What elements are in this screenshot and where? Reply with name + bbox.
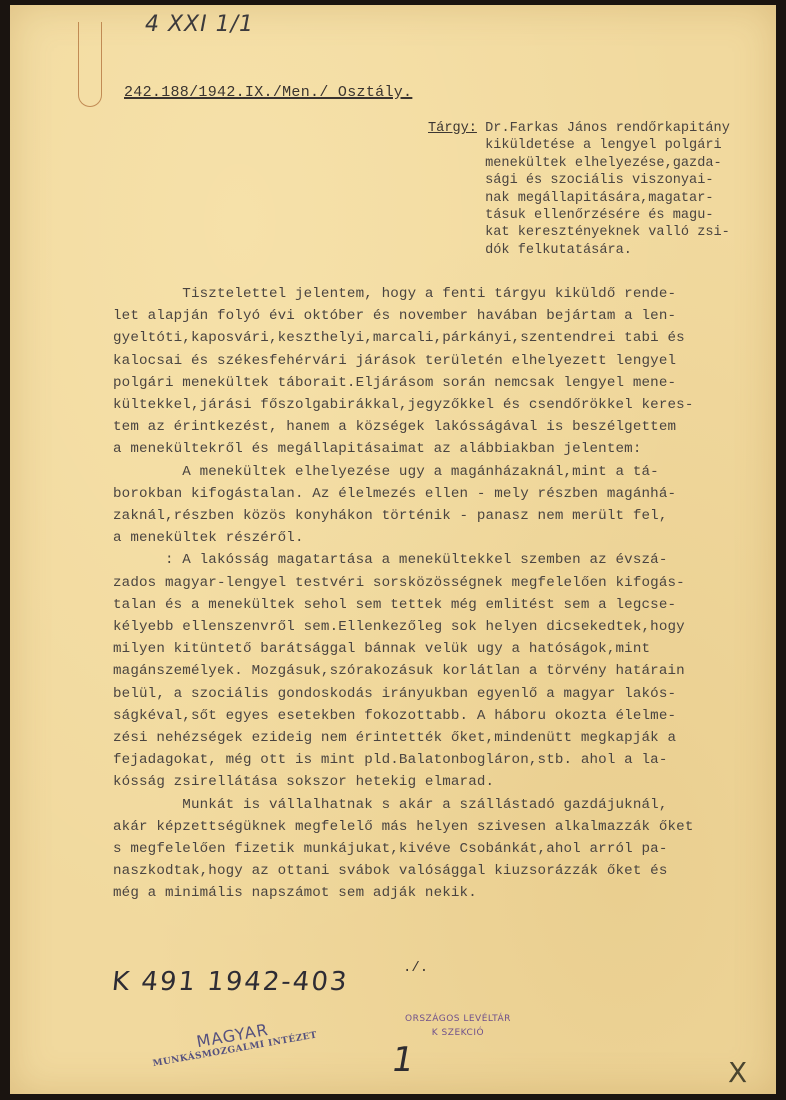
body-line: polgári menekültek táborait.Eljárásom so… — [113, 372, 786, 394]
body-line: ságkéval,sőt egyes esetekben fokozottabb… — [113, 705, 786, 727]
body-line: kélyebb ellenszenvről sem.Ellenkezőleg s… — [113, 616, 786, 638]
scan-border-top — [0, 0, 786, 5]
stamp-line: ORSZÁGOS LEVÉLTÁR — [405, 1014, 511, 1024]
body-line: talan és a menekültek sehol sem tettek m… — [113, 594, 786, 616]
body-line: zados magyar-lengyel testvéri sorsközöss… — [113, 572, 786, 594]
body-line: magánszemélyek. Mozgásuk,szórakozásuk ko… — [113, 660, 786, 682]
subject-label: Tárgy: — [428, 121, 477, 136]
body-line: Tisztelettel jelentem, hogy a fenti tárg… — [113, 283, 786, 305]
body-line: naszkodtak,hogy az ottani svábok valóság… — [113, 860, 786, 882]
subject-line: dók felkutatására. — [485, 243, 632, 258]
subject-line: Dr.Farkas János rendőrkapitány — [485, 121, 730, 136]
body-line: zési nehézségek ezideig nem érintették ő… — [113, 727, 786, 749]
paperclip-mark — [78, 22, 102, 107]
subject-line: nak megállapitására,magatar- — [485, 191, 713, 206]
archive-code: 4 XXI 1/1 — [145, 12, 254, 37]
subject-line: kat keresztényeknek valló zsi- — [485, 225, 730, 240]
subject-line: tásuk ellenőrzésére és magu- — [485, 208, 713, 223]
scan-border-bottom — [0, 1094, 786, 1100]
report-body: Tisztelettel jelentem, hogy a fenti tárg… — [113, 283, 786, 905]
archive-stamp: ORSZÁGOS LEVÉLTÁR K SZEKCIÓ — [405, 1014, 511, 1038]
body-line: zaknál,részben közös konyhákon történik … — [113, 505, 786, 527]
body-line: akár képzettségüknek megfelelő más helye… — [113, 816, 786, 838]
body-line: let alapján folyó évi október és novembe… — [113, 305, 786, 327]
body-line: belül, a szociális gondoskodás irányukba… — [113, 683, 786, 705]
body-line: A menekültek elhelyezése ugy a magánháza… — [113, 461, 786, 483]
body-line: még a minimális napszámot sem adják neki… — [113, 882, 786, 904]
body-line: : A lakósság magatartása a menekültekkel… — [113, 549, 786, 571]
body-line: kültekkel,járási főszolgabirákkal,jegyző… — [113, 394, 786, 416]
stamp-line: K SZEKCIÓ — [405, 1028, 511, 1038]
continuation-mark: ./. — [403, 960, 428, 976]
reference-number: 242.188/1942.IX./Men./ Osztály. — [124, 84, 412, 101]
subject-block: Tárgy: Dr.Farkas János rendőrkapitány ki… — [428, 120, 786, 259]
body-line: fejadagokat, még ott is mint pld.Balaton… — [113, 749, 786, 771]
fond-code: K 491 1942-403 — [110, 967, 350, 997]
body-line: a menekültekről és megállapitásaimat az … — [113, 438, 786, 460]
body-line: tem az érintkezést, hanem a községek lak… — [113, 416, 786, 438]
subject-line: kiküldetése a lengyel polgári — [485, 138, 722, 153]
subject-line: menekültek elhelyezése,gazda- — [485, 156, 722, 171]
body-line: gyeltóti,kaposvári,keszthelyi,marcali,pá… — [113, 327, 786, 349]
body-line: milyen kitüntető barátsággal bánnak velü… — [113, 638, 786, 660]
body-line: Munkát is vállalhatnak s akár a szállást… — [113, 794, 786, 816]
body-line: s megfelelően fizetik munkájukat,kivéve … — [113, 838, 786, 860]
subject-line: sági és szociális viszonyai- — [485, 173, 713, 188]
body-line: kalocsai és székesfehérvári járások terü… — [113, 350, 786, 372]
body-line: kósság zsirellátása sokszor hetekig elma… — [113, 771, 786, 793]
body-line: a menekültek részéről. — [113, 527, 786, 549]
corner-x-mark: X — [728, 1056, 748, 1089]
body-line: borokban kifogástalan. Az élelmezés elle… — [113, 483, 786, 505]
